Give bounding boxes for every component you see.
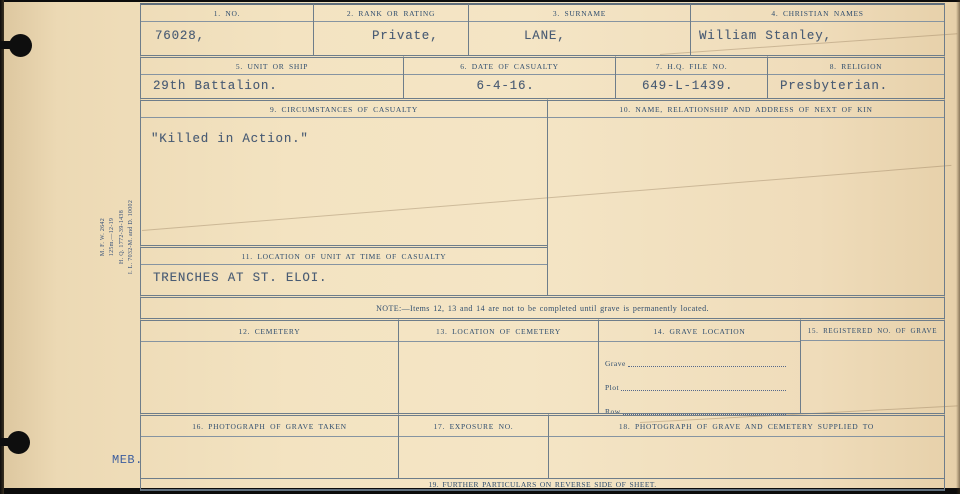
field-circumstances-label: 9. CIRCUMSTANCES OF CASUALTY <box>141 101 547 118</box>
field-circumstances-cell: 9. CIRCUMSTANCES OF CASUALTY "Killed in … <box>140 98 547 245</box>
printer-code-line: 125m.—12-19 <box>108 190 117 284</box>
grave-line: Grave <box>605 344 788 368</box>
field-exposure-no-cell: 17. EXPOSURE NO. <box>398 413 548 478</box>
printer-code-line: I. L. 7032-M. and D. 10002 <box>127 190 136 284</box>
printer-code-line: M. F. W. 2642 <box>99 190 108 284</box>
field-location-of-cemetery-value <box>399 342 598 349</box>
field-registered-no-label: 15. REGISTERED NO. OF GRAVE <box>801 321 944 341</box>
field-cemetery-cell: 12. CEMETERY <box>140 318 398 413</box>
field-religion-value: Presbyterian. <box>768 75 944 93</box>
field-cemetery-label: 12. CEMETERY <box>141 321 398 342</box>
field-location-of-cemetery-label: 13. LOCATION OF CEMETERY <box>399 321 598 342</box>
field-religion-label: 8. RELIGION <box>768 58 944 75</box>
field-no-value: 76028, <box>141 22 313 43</box>
further-particulars-text: 19. FURTHER PARTICULARS ON REVERSE SIDE … <box>428 480 656 489</box>
binder-hole-top <box>9 34 32 57</box>
field-hq-file-no-cell: 7. H.Q. FILE NO. 649-L-1439. <box>615 55 767 98</box>
field-photo-supplied-cell: 18. PHOTOGRAPH OF GRAVE AND CEMETERY SUP… <box>548 413 945 478</box>
field-unit-value: 29th Battalion. <box>141 75 403 93</box>
field-exposure-no-label: 17. EXPOSURE NO. <box>399 416 548 437</box>
scanned-register-page: M. F. W. 2642 125m.—12-19 H. Q. 1772-39-… <box>0 0 960 494</box>
field-photo-supplied-value <box>549 437 944 444</box>
dotted-leader <box>628 365 786 367</box>
field-photo-taken-value <box>141 437 398 444</box>
field-location-of-unit-cell: 11. LOCATION OF UNIT AT TIME OF CASUALTY… <box>140 245 547 295</box>
field-surname-value: LANE, <box>469 22 690 43</box>
field-date-of-casualty-value: 6-4-16. <box>404 75 615 93</box>
checker-initials-stamp: MEB. <box>112 453 143 467</box>
field-surname-cell: 3. SURNAME LANE, <box>468 3 690 55</box>
field-unit-cell: 5. UNIT OR SHIP 29th Battalion. <box>140 55 403 98</box>
field-christian-names-label: 4. CHRISTIAN NAMES <box>691 5 944 22</box>
further-particulars-row: 19. FURTHER PARTICULARS ON REVERSE SIDE … <box>140 478 945 491</box>
binder-hole-bottom <box>7 431 30 454</box>
field-location-of-cemetery-cell: 13. LOCATION OF CEMETERY <box>398 318 598 413</box>
field-rank-label: 2. RANK OR RATING <box>314 5 468 22</box>
field-next-of-kin-cell: 10. NAME, RELATIONSHIP AND ADDRESS OF NE… <box>547 98 945 295</box>
field-next-of-kin-value <box>548 118 944 125</box>
scan-edge-left <box>0 0 4 494</box>
field-next-of-kin-label: 10. NAME, RELATIONSHIP AND ADDRESS OF NE… <box>548 101 944 118</box>
field-unit-label: 5. UNIT OR SHIP <box>141 58 403 75</box>
field-christian-names-cell: 4. CHRISTIAN NAMES William Stanley, <box>690 3 945 55</box>
field-photo-taken-cell: 16. PHOTOGRAPH OF GRAVE TAKEN <box>140 413 398 478</box>
field-hq-file-no-label: 7. H.Q. FILE NO. <box>616 58 767 75</box>
field-surname-label: 3. SURNAME <box>469 5 690 22</box>
dotted-leader <box>621 389 786 391</box>
plot-line: Plot <box>605 368 788 392</box>
field-registered-no-cell: 15. REGISTERED NO. OF GRAVE <box>800 318 945 413</box>
field-grave-location-label: 14. GRAVE LOCATION <box>599 321 800 342</box>
grave-line-label: Grave <box>605 359 626 368</box>
field-registered-no-value <box>801 341 944 348</box>
field-no-label: 1. NO. <box>141 5 313 22</box>
field-photo-taken-label: 16. PHOTOGRAPH OF GRAVE TAKEN <box>141 416 398 437</box>
field-religion-cell: 8. RELIGION Presbyterian. <box>767 55 945 98</box>
printer-code-line: H. Q. 1772-39-1438 <box>118 190 127 284</box>
field-christian-names-value: William Stanley, <box>691 22 944 43</box>
field-cemetery-value <box>141 342 398 349</box>
note-row: NOTE:—Items 12, 13 and 14 are not to be … <box>140 295 945 318</box>
field-hq-file-no-value: 649-L-1439. <box>616 75 767 93</box>
field-grave-location-cell: 14. GRAVE LOCATION Grave Plot Row <box>598 318 800 413</box>
grave-location-lines: Grave Plot Row <box>599 342 800 416</box>
field-circumstances-value: "Killed in Action." <box>141 118 547 146</box>
plot-line-label: Plot <box>605 383 619 392</box>
field-date-of-casualty-label: 6. DATE OF CASUALTY <box>404 58 615 75</box>
scan-edge-top <box>0 0 960 2</box>
note-text: NOTE:—Items 12, 13 and 14 are not to be … <box>376 304 709 313</box>
field-location-of-unit-label: 11. LOCATION OF UNIT AT TIME OF CASUALTY <box>141 248 547 265</box>
field-rank-value: Private, <box>314 22 468 43</box>
field-no-cell: 1. NO. 76028, <box>140 3 313 55</box>
scan-edge-right <box>956 0 960 494</box>
field-photo-supplied-label: 18. PHOTOGRAPH OF GRAVE AND CEMETERY SUP… <box>549 416 944 437</box>
field-date-of-casualty-cell: 6. DATE OF CASUALTY 6-4-16. <box>403 55 615 98</box>
field-location-of-unit-value: TRENCHES AT ST. ELOI. <box>141 265 547 285</box>
field-rank-cell: 2. RANK OR RATING Private, <box>313 3 468 55</box>
field-exposure-no-value <box>399 437 548 444</box>
